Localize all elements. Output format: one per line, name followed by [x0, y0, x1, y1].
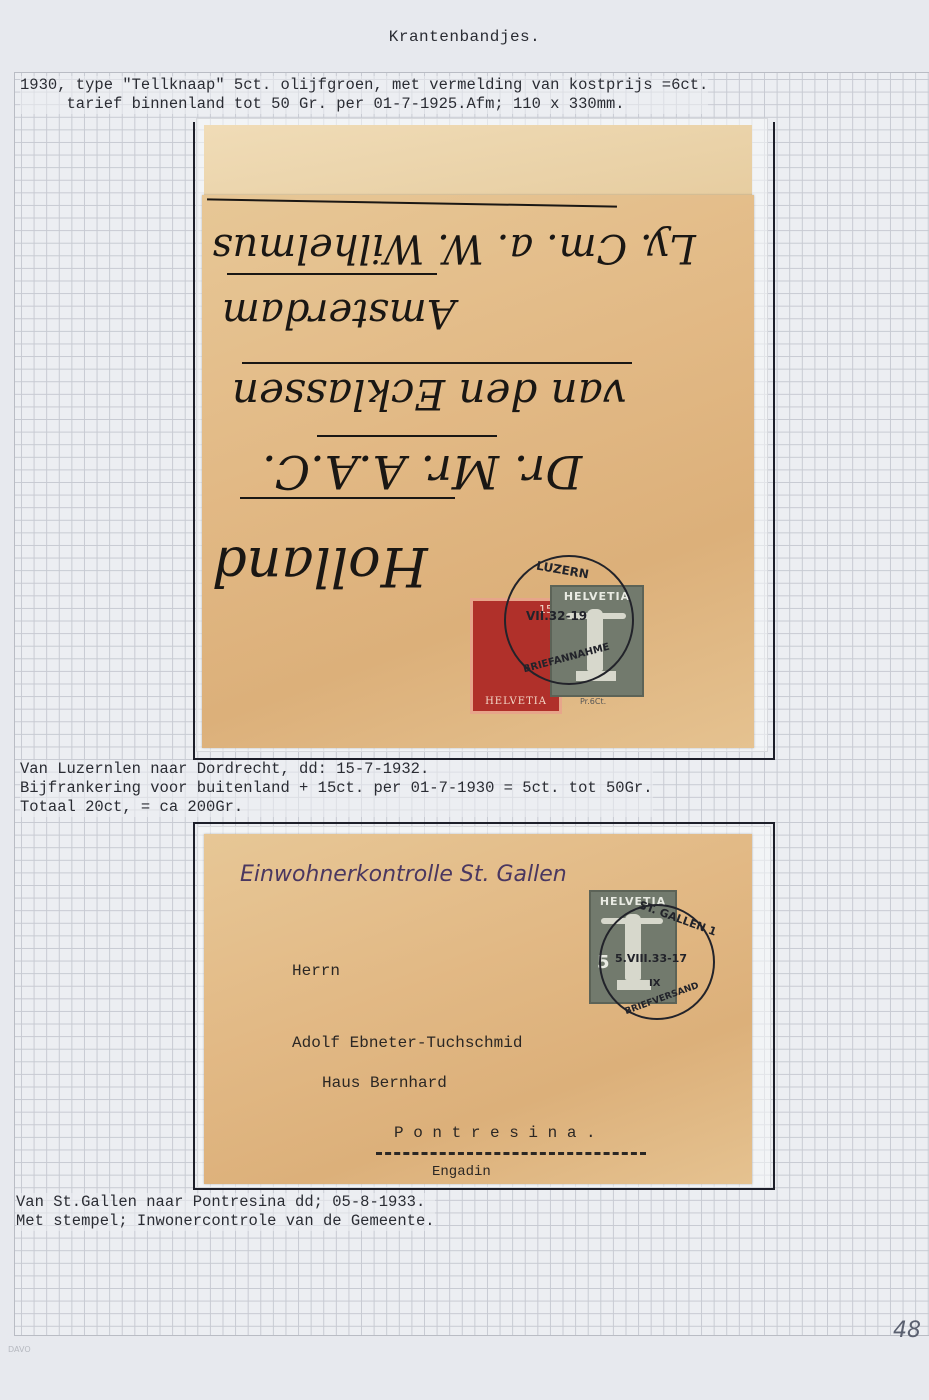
- note-line: Van Luzernlen naar Dordrecht, dd: 15-7-1…: [20, 760, 653, 779]
- postmark-sub: IX: [649, 978, 660, 989]
- postmark-date: VII.32-19: [526, 609, 587, 623]
- item1-wrapper-fold: [204, 125, 752, 205]
- ink-line: [240, 497, 455, 499]
- postmark-place: ST. GALLEN 1: [637, 898, 718, 938]
- caption-line: 1930, type "Tellknaap" 5ct. olijfgroen, …: [20, 76, 708, 95]
- postmark-office: BRIEFANNAHME: [522, 642, 611, 676]
- note-line: Bijfrankering voor buitenland + 15ct. pe…: [20, 779, 653, 798]
- address-line: P o n t r e s i n a .: [394, 1124, 596, 1142]
- album-brand: DAVO: [8, 1345, 31, 1354]
- handwritten-address: Ly. Cm. a. W. Wilhelmus: [212, 225, 696, 271]
- address-line: Haus Bernhard: [322, 1074, 447, 1092]
- item2-newspaper-wrapper: Einwohnerkontrolle St. Gallen HELVETIA 5…: [204, 834, 752, 1184]
- price-imprint: Pr.6Ct.: [580, 697, 606, 706]
- luzern-postmark: LUZERN VII.32-19 BRIEFANNAHME: [504, 555, 634, 685]
- handwritten-address: Holland: [212, 535, 428, 598]
- typed-dash-line: [376, 1152, 646, 1155]
- caption-line: tarief binnenland tot 50 Gr. per 01-7-19…: [20, 95, 708, 114]
- note-line: Totaal 20ct, = ca 200Gr.: [20, 798, 653, 817]
- item1-caption: 1930, type "Tellknaap" 5ct. olijfgroen, …: [20, 76, 708, 114]
- address-line: Engadin: [432, 1164, 491, 1180]
- postmark-place: LUZERN: [535, 558, 590, 581]
- item1-newspaper-wrapper: Ly. Cm. a. W. Wilhelmus Amsterdam van de…: [202, 195, 754, 748]
- item2-notes: Van St.Gallen naar Pontresina dd; 05-8-1…: [16, 1193, 435, 1231]
- note-line: Met stempel; Inwonercontrole van de Geme…: [16, 1212, 435, 1231]
- ink-line: [242, 362, 632, 364]
- postmark-date: 5.VIII.33-17: [615, 952, 687, 965]
- handwritten-address: van den Ecklassen: [232, 370, 626, 419]
- handwritten-address: Dr. Mr. A.A.C.: [262, 445, 582, 499]
- page-title: Krantenbandjes.: [0, 28, 929, 46]
- page-number: 48: [893, 1318, 921, 1343]
- ink-line: [317, 435, 497, 437]
- rubber-stamp-einwohnerkontrolle: Einwohnerkontrolle St. Gallen: [240, 862, 567, 887]
- address-line: Herrn: [292, 962, 340, 980]
- item1-notes: Van Luzernlen naar Dordrecht, dd: 15-7-1…: [20, 760, 653, 817]
- address-line: Adolf Ebneter-Tuchschmid: [292, 1034, 522, 1052]
- ink-line: [207, 198, 617, 207]
- postmark-office: BRIEFVERSAND: [624, 981, 701, 1017]
- note-line: Van St.Gallen naar Pontresina dd; 05-8-1…: [16, 1193, 435, 1212]
- ink-line: [227, 273, 437, 275]
- stamp-country: HELVETIA: [473, 696, 559, 707]
- st-gallen-postmark: ST. GALLEN 1 5.VIII.33-17 IX BRIEFVERSAN…: [599, 904, 715, 1020]
- handwritten-address: Amsterdam: [222, 290, 456, 336]
